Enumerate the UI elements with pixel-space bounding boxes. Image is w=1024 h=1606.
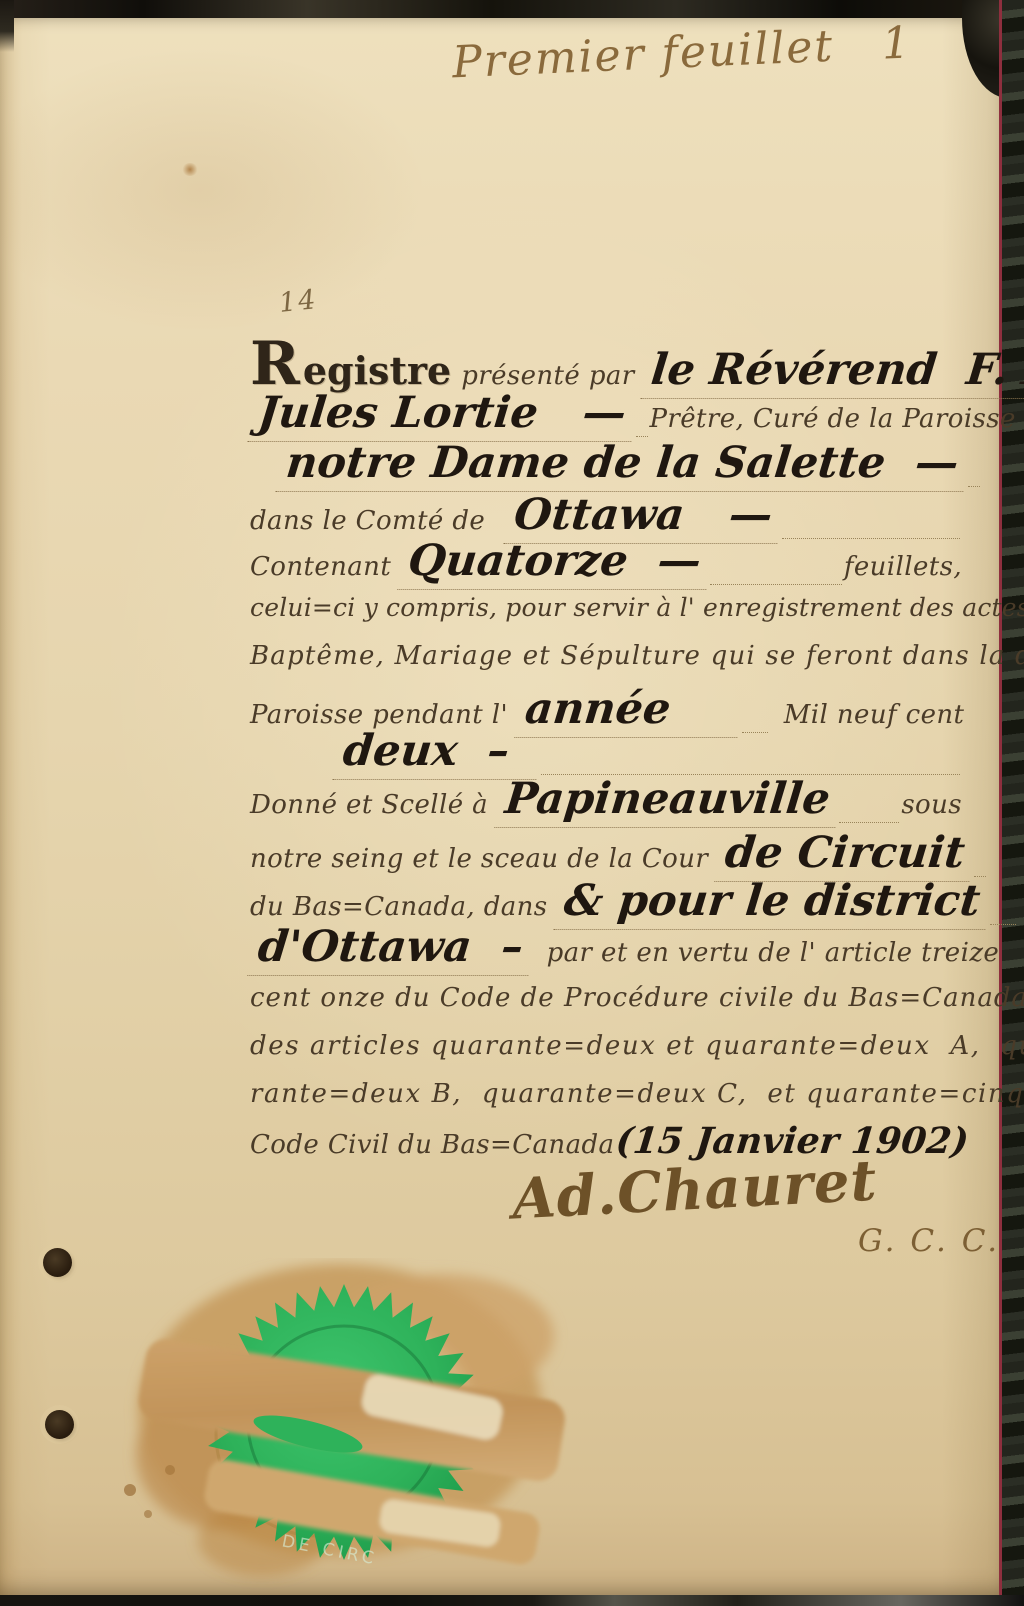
form-line: notre seing et le sceau de la Cour de Ci… [250, 830, 962, 882]
printed-text: du Bas=Canada, dans [250, 893, 556, 923]
punch-hole [45, 1410, 74, 1439]
form-line: celui=ci y compris, pour servir à l' enr… [250, 594, 962, 623]
form-line: Donné et Scellé à Papineauville sous [250, 776, 962, 828]
handwritten-entry: deux – [332, 728, 541, 780]
form-line: des articles quarante=deux et quarante=d… [250, 1032, 962, 1062]
handwritten-entry: Jules Lortie — [247, 390, 636, 442]
binding-edge-top [0, 0, 1024, 18]
form-line: cent onze du Code de Procédure civile du… [250, 984, 962, 1014]
printed-text: Baptême, Mariage et Sépulture qui se fer… [250, 642, 1024, 672]
page-scan: Premier feuillet 1 14 Registre présenté … [0, 0, 1024, 1606]
punch-hole [43, 1248, 72, 1277]
court-seal: DE CIRC [112, 1258, 592, 1604]
binding-corner-top-left [0, 0, 14, 52]
handwritten-entry: & pour le district [553, 878, 990, 930]
form-line: d'Ottawa – par et en vertu de l' article… [250, 924, 962, 976]
printed-text: Contenant [250, 553, 400, 583]
foxing-spot [182, 163, 198, 176]
printed-text: Donné et Scellé à [250, 791, 497, 821]
pencil-page-number: 14 [277, 284, 318, 319]
printed-text: dans le Comté de [250, 507, 494, 537]
form-line: Baptême, Mariage et Sépulture qui se fer… [250, 642, 962, 672]
printed-text: notre seing et le sceau de la Cour [250, 845, 717, 875]
printed-text: feuillets, [844, 553, 962, 583]
handwritten-entry: d'Ottawa – [247, 924, 533, 976]
form-line: Jules Lortie — Prêtre, Curé de la Parois… [250, 390, 962, 442]
printed-text: Code Civil du Bas=Canada [250, 1131, 614, 1161]
printed-text: par et en vertu de l' article treize [547, 939, 1000, 969]
handwritten-entry: de Circuit [714, 830, 975, 882]
form-line: Contenant Quatorze — feuillets, [250, 538, 962, 590]
printed-text: rante=deux B, quarante=deux C, et quaran… [250, 1080, 1024, 1110]
registre-heading: Registre [250, 334, 451, 394]
form-line: notre Dame de la Salette — [250, 440, 962, 492]
form-line: rante=deux B, quarante=deux C, et quaran… [250, 1080, 962, 1110]
stain-drip [124, 1484, 136, 1496]
stain-drip [165, 1465, 175, 1475]
form-line: deux – [250, 728, 962, 780]
printed-text: sous [901, 791, 962, 821]
fill-line [968, 486, 980, 487]
printed-text: celui=ci y compris, pour servir à l' enr… [250, 594, 1024, 623]
handwritten-entry: notre Dame de la Salette — [275, 440, 968, 492]
stain-drip [144, 1510, 152, 1518]
printed-text: Mil neuf cent [784, 701, 965, 731]
signature: Ad.Chauret [511, 1152, 879, 1227]
printed-text: des articles quarante=deux et quarante=d… [250, 1032, 1024, 1062]
fill-line [990, 924, 1016, 925]
fill-line [839, 822, 899, 823]
handwritten-entry: Papineauville [494, 776, 840, 828]
printed-text: Prêtre, Curé de la Paroisse de [650, 405, 1024, 435]
clerk-initials: G. C. C. [858, 1226, 1000, 1257]
binding-edge-right [999, 0, 1024, 1596]
handwritten-entry: Quatorze — [397, 538, 711, 590]
printed-text: cent onze du Code de Procédure civile du… [250, 984, 1024, 1014]
fill-line [710, 584, 842, 585]
seal-graphic: DE CIRC [112, 1258, 592, 1604]
